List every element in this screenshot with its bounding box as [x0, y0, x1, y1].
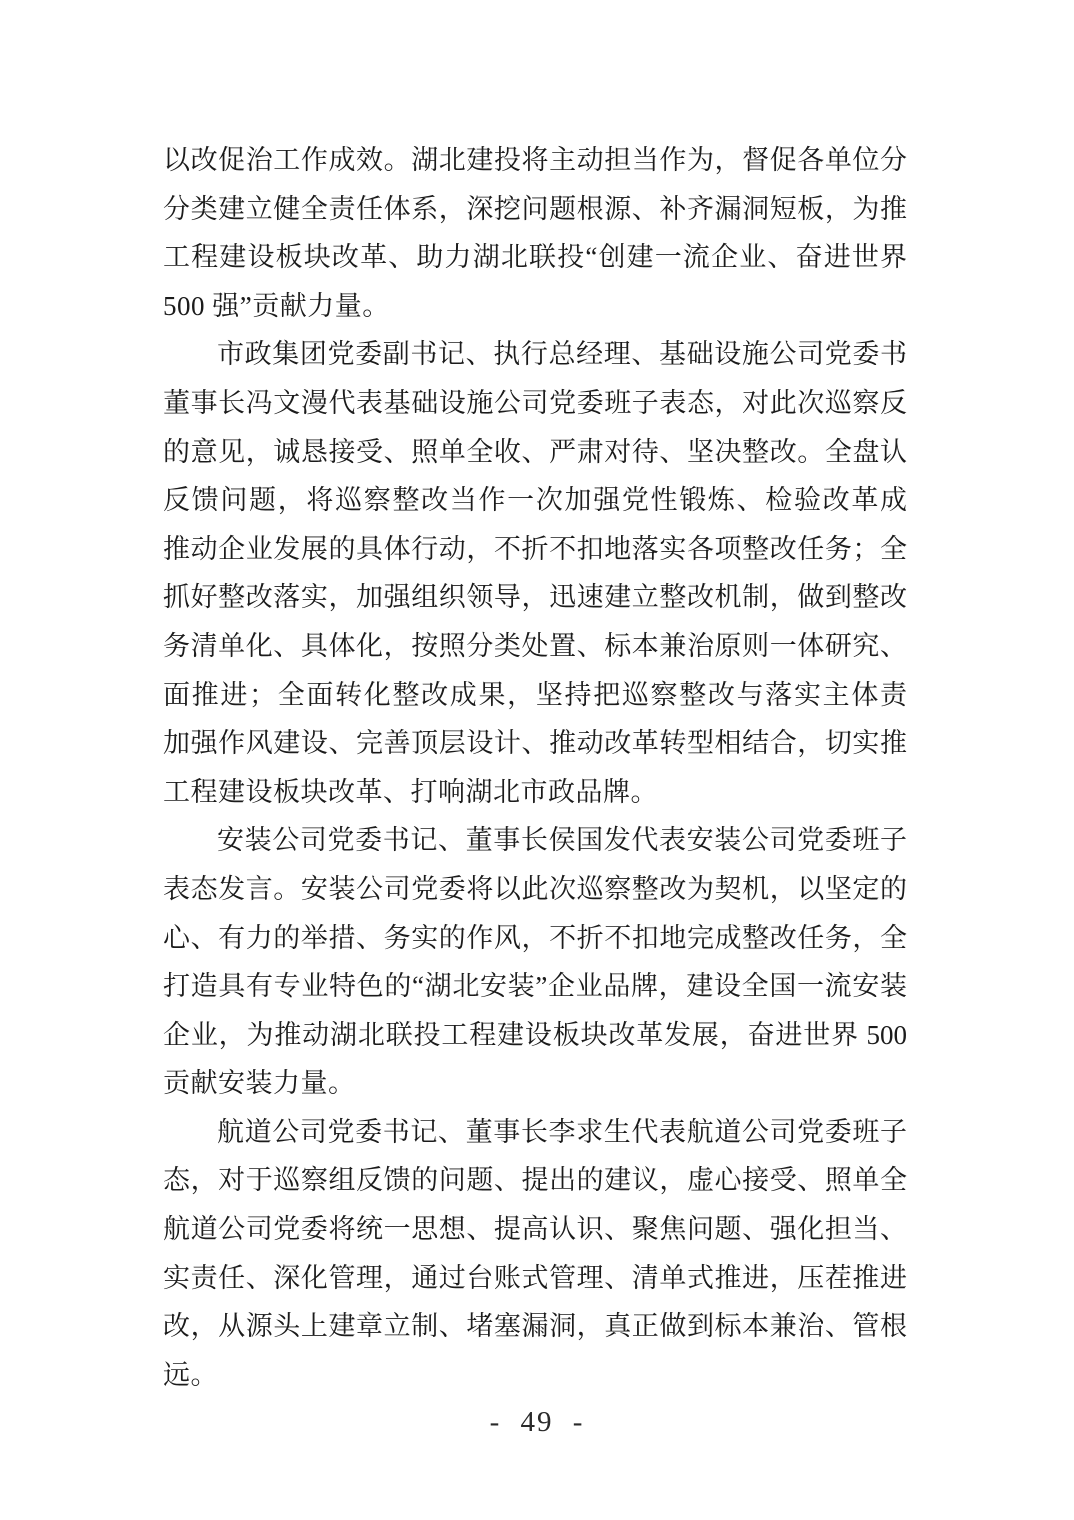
text-line: 推动企业发展的具体行动，不折不扣地落实各项整改任务；全面 [163, 525, 907, 574]
paragraph: 航道公司党委书记、董事长李求生代表航道公司党委班子表态，对于巡察组反馈的问题、提… [163, 1108, 907, 1400]
text-line: 航道公司党委将统一思想、提高认识、聚焦问题、强化担当、压 [163, 1205, 907, 1254]
paragraph: 市政集团党委副书记、执行总经理、基础设施公司党委书记、董事长冯文漫代表基础设施公… [163, 330, 907, 816]
text-line: 分类建立健全责任体系，深挖问题根源、补齐漏洞短板，为推进 [163, 185, 907, 234]
text-line: 打造具有专业特色的“湖北安装”企业品牌，建设全国一流安装 [163, 962, 907, 1011]
paragraph: 以改促治工作成效。湖北建投将主动担当作为，督促各单位分层分类建立健全责任体系，深… [163, 136, 907, 330]
text-line: 企业，为推动湖北联投工程建设板块改革发展，奋进世界 500 强 [163, 1011, 907, 1060]
text-line: 加强作风建设、完善顶层设计、推动改革转型相结合，切实推进 [163, 719, 907, 768]
text-line: 远。 [163, 1351, 907, 1400]
document-body: 以改促治工作成效。湖北建投将主动担当作为，督促各单位分层分类建立健全责任体系，深… [163, 136, 907, 1399]
text-line: 改，从源头上建章立制、堵塞漏洞，真正做到标本兼治、管根治 [163, 1302, 907, 1351]
text-line: 工程建设板块改革、打响湖北市政品牌。 [163, 768, 907, 817]
text-line: 安装公司党委书记、董事长侯国发代表安装公司党委班子作 [163, 816, 907, 865]
text-line: 工程建设板块改革、助力湖北联投“创建一流企业、奋进世界 [163, 233, 907, 282]
text-line: 以改促治工作成效。湖北建投将主动担当作为，督促各单位分层 [163, 136, 907, 185]
text-line: 董事长冯文漫代表基础设施公司党委班子表态，对此次巡察反馈 [163, 379, 907, 428]
document-page: 以改促治工作成效。湖北建投将主动担当作为，督促各单位分层分类建立健全责任体系，深… [0, 0, 1074, 1520]
text-line: 心、有力的举措、务实的作风，不折不扣地完成整改任务，全力 [163, 914, 907, 963]
text-line: 态，对于巡察组反馈的问题、提出的建议，虚心接受、照单全收， [163, 1156, 907, 1205]
text-line: 反馈问题，将巡察整改当作一次加强党性锻炼、检验改革成效、 [163, 476, 907, 525]
text-line: 抓好整改落实，加强组织领导，迅速建立整改机制，做到整改任 [163, 573, 907, 622]
text-line: 实责任、深化管理，通过台账式管理、清单式推进，压茬推进整 [163, 1254, 907, 1303]
text-line: 的意见，诚恳接受、照单全收、严肃对待、坚决整改。全盘认领 [163, 428, 907, 477]
text-line: 500 强”贡献力量。 [163, 282, 907, 331]
paragraph: 安装公司党委书记、董事长侯国发代表安装公司党委班子作表态发言。安装公司党委将以此… [163, 816, 907, 1108]
text-line: 务清单化、具体化，按照分类处置、标本兼治原则一体研究、全 [163, 622, 907, 671]
text-line: 表态发言。安装公司党委将以此次巡察整改为契机，以坚定的决 [163, 865, 907, 914]
text-line: 贡献安装力量。 [163, 1059, 907, 1108]
text-line: 市政集团党委副书记、执行总经理、基础设施公司党委书记、 [163, 330, 907, 379]
page-number: - 49 - [0, 1402, 1074, 1442]
text-line: 航道公司党委书记、董事长李求生代表航道公司党委班子表 [163, 1108, 907, 1157]
text-line: 面推进；全面转化整改成果，坚持把巡察整改与落实主体责任、 [163, 671, 907, 720]
